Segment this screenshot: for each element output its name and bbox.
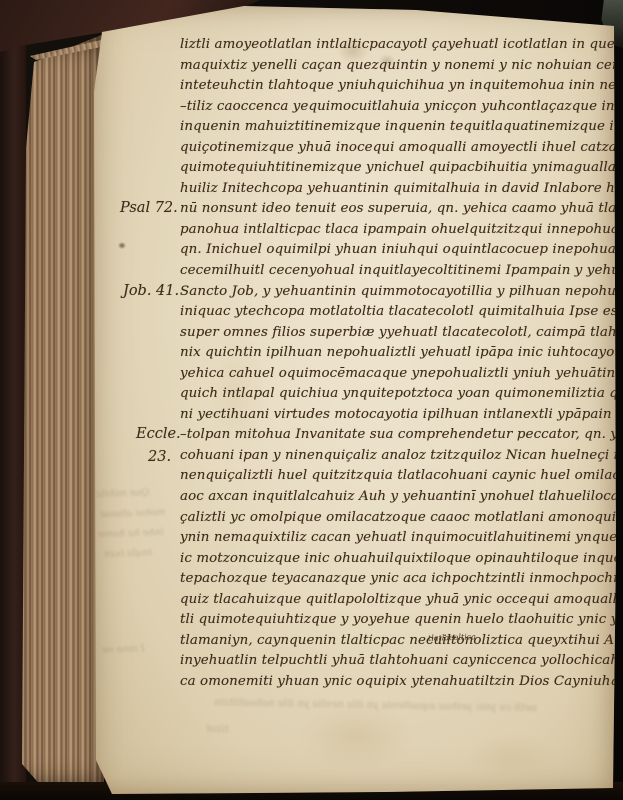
manuscript-line: nenquiçaliztli huel quitzitzquia tlatlac… bbox=[180, 466, 618, 487]
manuscript-line: tlamaniyn, caynquenin tlalticpac necuilt… bbox=[180, 631, 618, 652]
manuscript-line: super omnes filios superbiæ yyehuatl tla… bbox=[180, 323, 618, 344]
manuscript-line: qn. Inichuel oquimilpi yhuan iniuhqui oq… bbox=[180, 240, 618, 261]
manuscript-lines: liztli amoyeotlatlan intlalticpacayotl ç… bbox=[180, 35, 618, 693]
manuscript-line: quiz tlacahuizque quitlapololtizque yhuā… bbox=[180, 590, 618, 611]
margin-note-psalm-72: Psal 72. bbox=[120, 200, 178, 216]
manuscript-line: ni yectihuani virtudes motocayotia ipilh… bbox=[180, 405, 618, 426]
manuscript-line: nū nonsunt ideo tenuit eos superuia, qn.… bbox=[180, 199, 618, 220]
manuscript-line: inquenin mahuiztitinemizque inquenin teq… bbox=[180, 117, 618, 138]
show-through-text: inhe ha hume bbox=[98, 527, 164, 540]
manuscript-line: quimotequiuhtitinemizque ynichuel quipac… bbox=[180, 158, 618, 179]
manuscript-line: inyehuatlin telpuchtli yhuā tlahtohuani … bbox=[180, 651, 618, 672]
manuscript-line: iniquac ytechcopa motlatoltia tlacatecol… bbox=[180, 302, 618, 323]
show-through-text: mohui alnoue bbox=[100, 507, 166, 520]
photograph-of-open-book: Psal 72. Job. 41. Eccle. 23. liztli amoy… bbox=[0, 0, 623, 800]
manuscript-line: huiliz Initechcopa yehuantinin quimitalh… bbox=[180, 179, 618, 200]
manuscript-line: tepachozque teyacanazque ynic aca ichpoc… bbox=[180, 569, 618, 590]
manuscript-line: –tiliz caoccenca yequimocuitlahuia ynicç… bbox=[180, 97, 618, 118]
show-through-text: Que mihtla bbox=[96, 487, 150, 500]
manuscript-line: ynin nemaquixtiliz cacan yehuatl inquimo… bbox=[180, 528, 618, 549]
manuscript-line: –tolpan mitohua Invanitate sua comprehen… bbox=[180, 425, 618, 446]
manuscript-line: çaliztli yc omolpique omilacatzoque caao… bbox=[180, 508, 618, 529]
manuscript-line: tli quimotequiuhtizque y yoyehue quenin … bbox=[180, 610, 618, 631]
manuscript-line: Sancto Job, y yehuantinin quimmotocayoti… bbox=[180, 282, 618, 303]
manuscript-line: maquixtiz yenelli caçan quezquintin y no… bbox=[180, 56, 618, 77]
manuscript-line: cecemilhuitl cecenyohual inquitlayecolti… bbox=[180, 261, 618, 282]
paper-stain bbox=[296, 702, 416, 772]
margin-note-ecclesiasticus-chapter: 23. bbox=[148, 449, 171, 465]
manuscript-line: ca omonemiti yhuan ynic oquipix ytenahua… bbox=[180, 672, 618, 693]
paper-stain bbox=[466, 732, 556, 782]
manuscript-line: cohuani ipan y ninenquiçaliz analoz tzit… bbox=[180, 446, 618, 467]
manuscript-line: quiçotinemizque yhuā inocequi amoqualli … bbox=[180, 138, 618, 159]
book-cover-leather-edge bbox=[0, 0, 26, 800]
manuscript-line: inteteuhctin tlahtoque yniuhquichihua yn… bbox=[180, 76, 618, 97]
manuscript-line: ic motzoncuizque inic ohuahuilquixtiloqu… bbox=[180, 549, 618, 570]
manuscript-page: Psal 72. Job. 41. Eccle. 23. liztli amoy… bbox=[86, 2, 616, 796]
manuscript-line: nix quichtin ipilhuan nepohualiztli yehu… bbox=[180, 343, 618, 364]
manuscript-line: liztli amoyeotlatlan intlalticpacayotl ç… bbox=[180, 35, 618, 56]
margin-note-ecclesiasticus: Eccle. bbox=[136, 426, 181, 442]
manuscript-line: quich intlapal quichiua ynquitepotztoca … bbox=[180, 384, 618, 405]
margin-note-job-41: Job. 41. bbox=[123, 283, 179, 299]
show-through-text: I inno ne bbox=[102, 643, 145, 655]
manuscript-line: yehica cahuel oquimocēmacaque ynepohuali… bbox=[180, 364, 618, 385]
show-through-text: uetli ca ynic yeihua oqualtenia yn itla … bbox=[214, 697, 537, 714]
manuscript-line: panohua intlalticpac tlaca ipampain ohue… bbox=[180, 220, 618, 241]
show-through-text: tizot bbox=[206, 724, 229, 735]
ink-spot bbox=[118, 242, 126, 249]
interlinear-correction: tlatlacoltica bbox=[428, 632, 476, 643]
show-through-text: tnqla ixan bbox=[104, 547, 152, 560]
manuscript-line: aoc axcan inquitlalcahuiz Auh y yehuanti… bbox=[180, 487, 618, 508]
